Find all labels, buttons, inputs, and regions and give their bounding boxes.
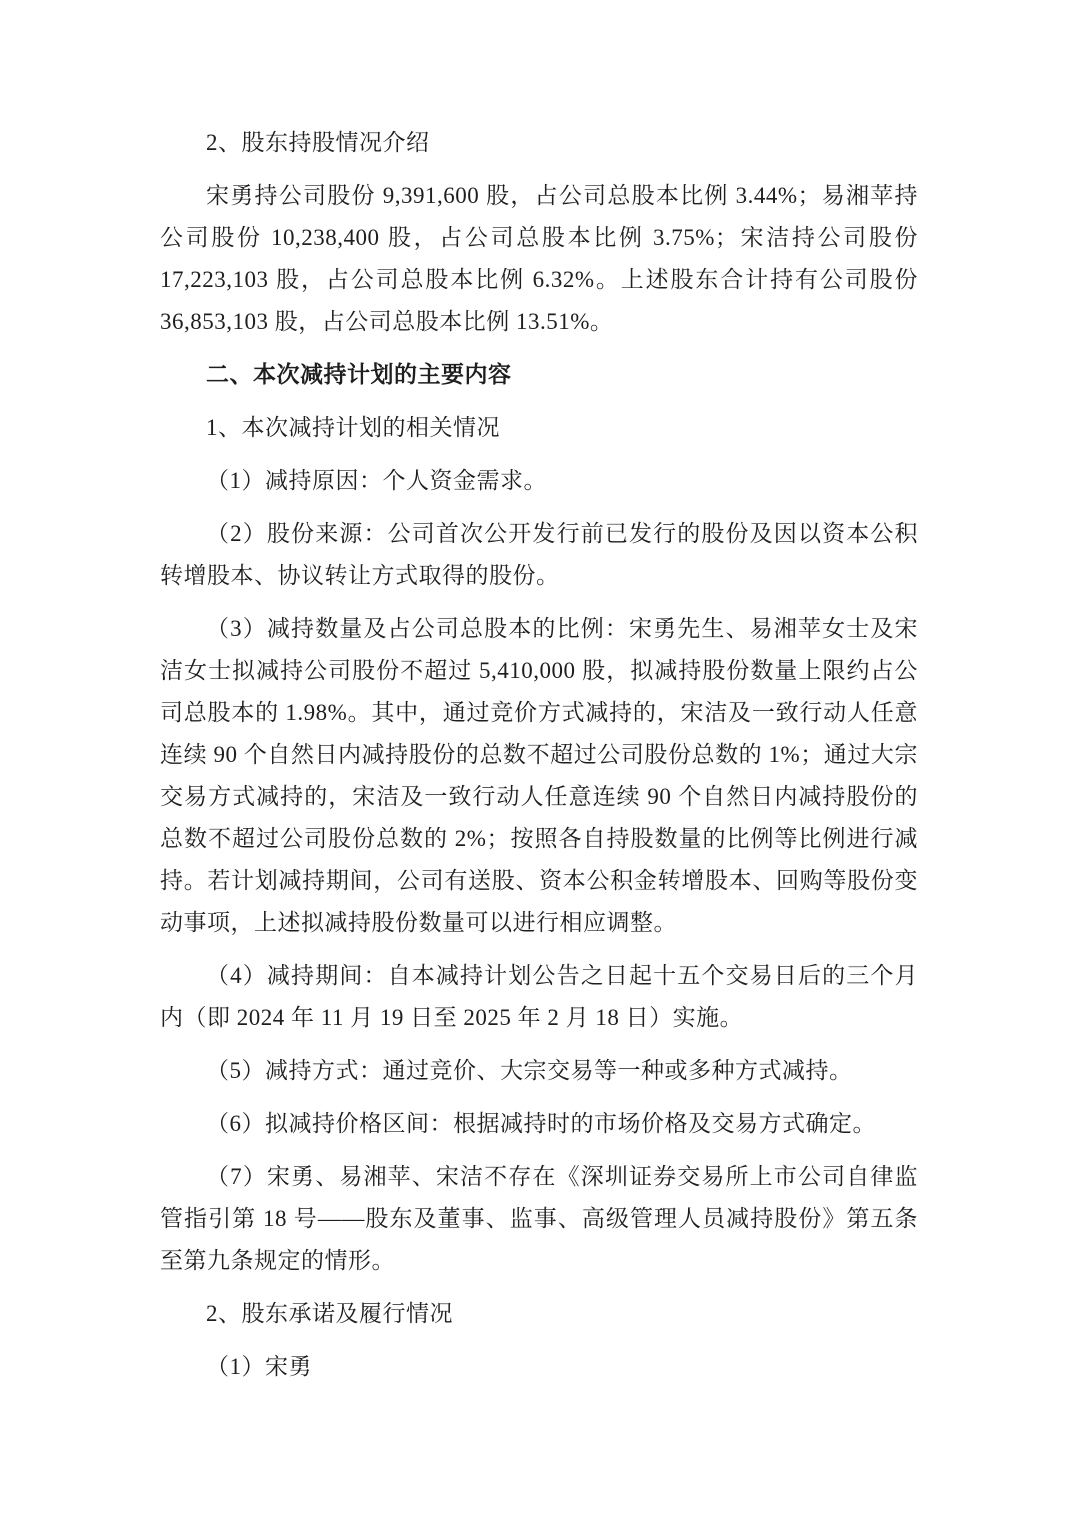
- paragraph-item-1-reason: （1）减持原因：个人资金需求。: [160, 460, 918, 502]
- section-subheading-plan-related: 1、本次减持计划的相关情况: [160, 407, 918, 449]
- paragraph-item-2-share-source: （2）股份来源：公司首次公开发行前已发行的股份及因以资本公积转增股本、协议转让方…: [160, 513, 918, 597]
- paragraph-item-7-compliance: （7）宋勇、易湘苹、宋洁不存在《深圳证券交易所上市公司自律监管指引第 18 号—…: [160, 1156, 918, 1282]
- document-page: 2、股东持股情况介绍宋勇持公司股份 9,391,600 股，占公司总股本比例 3…: [0, 0, 1080, 1527]
- paragraph-item-3-quantity-ratio: （3）减持数量及占公司总股本的比例：宋勇先生、易湘苹女士及宋洁女士拟减持公司股份…: [160, 608, 918, 944]
- paragraph-shareholding-details: 宋勇持公司股份 9,391,600 股，占公司总股本比例 3.44%；易湘苹持公…: [160, 175, 918, 343]
- document-body: 2、股东持股情况介绍宋勇持公司股份 9,391,600 股，占公司总股本比例 3…: [160, 122, 918, 1399]
- section-heading-plan-main-content: 二、本次减持计划的主要内容: [160, 354, 918, 396]
- paragraph-item-5-method: （5）减持方式：通过竞价、大宗交易等一种或多种方式减持。: [160, 1050, 918, 1092]
- paragraph-item-6-price-range: （6）拟减持价格区间：根据减持时的市场价格及交易方式确定。: [160, 1103, 918, 1145]
- paragraph-item-1-songyong: （1）宋勇: [160, 1346, 918, 1388]
- paragraph-item-4-period: （4）减持期间：自本减持计划公告之日起十五个交易日后的三个月内（即 2024 年…: [160, 955, 918, 1039]
- section-subheading-commitment: 2、股东承诺及履行情况: [160, 1293, 918, 1335]
- section-subheading-shareholding-intro: 2、股东持股情况介绍: [160, 122, 918, 164]
